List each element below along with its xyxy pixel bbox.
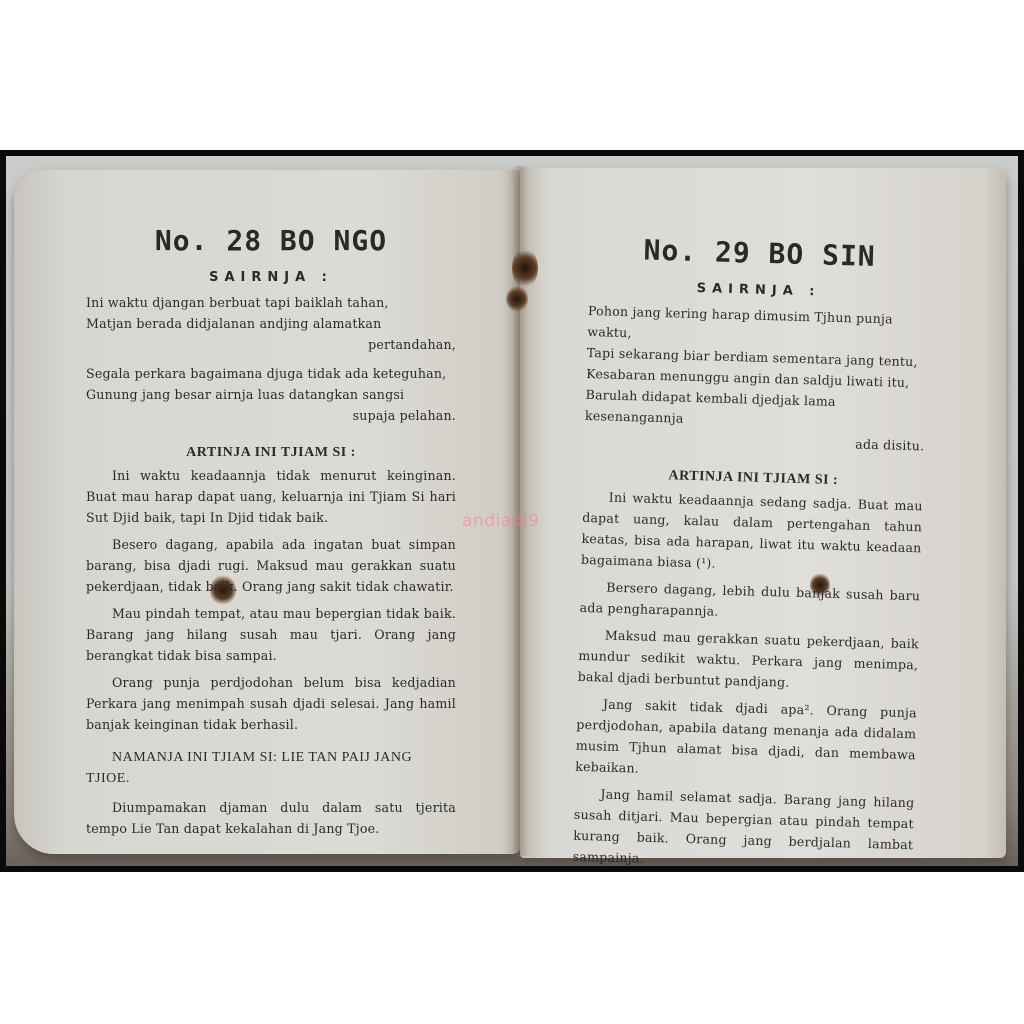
- right-page-content: No. 29 BO SIN SAIRNJA : Pohon jang kerin…: [568, 238, 930, 866]
- right-page-title: No. 29 BO SIN: [589, 238, 929, 268]
- meaning-paragraph: Ini waktu keadaannja tidak menurut keing…: [86, 465, 456, 528]
- meaning-paragraph: Mau pindah tempat, atau mau bepergian ti…: [86, 603, 456, 666]
- meaning-paragraph: Besero dagang, apabila ada ingatan buat …: [86, 534, 456, 597]
- left-meaning-heading: ARTINJA INI TJIAM SI :: [86, 442, 456, 463]
- meaning-paragraph: Ini waktu keadaannja sedang sadja. Buat …: [581, 486, 923, 579]
- meaning-paragraph: Jang sakit tidak djadi apa². Orang punja…: [575, 693, 917, 786]
- verse-line: Ini waktu djangan berbuat tapi baiklah t…: [86, 292, 456, 313]
- left-page-title: No. 28 BO NGO: [86, 230, 456, 251]
- verse-line: Matjan berada didjalanan andjing alamatk…: [86, 313, 456, 334]
- meaning-paragraph: Maksud mau gerakkan suatu pekerdjaan, ba…: [577, 624, 919, 696]
- burn-hole: [512, 248, 538, 288]
- verse-line: supaja pelahan.: [86, 405, 456, 426]
- left-page-content: No. 28 BO NGO SAIRNJA : Ini waktu djanga…: [86, 230, 456, 845]
- left-page: No. 28 BO NGO SAIRNJA : Ini waktu djanga…: [14, 170, 522, 854]
- right-page: No. 29 BO SIN SAIRNJA : Pohon jang kerin…: [520, 168, 1006, 858]
- photo-frame: No. 28 BO NGO SAIRNJA : Ini waktu djanga…: [0, 150, 1024, 872]
- meaning-paragraph: Bersero dagang, lebih dulu banjak susah …: [579, 576, 920, 627]
- watermark: andiadi9: [462, 511, 539, 531]
- meaning-paragraph: Orang punja perdjodohan belum bisa kedja…: [86, 672, 456, 735]
- meaning-paragraph: Jang hamil selamat sadja. Barang jang hi…: [572, 783, 914, 866]
- verse-line: pertandahan,: [86, 334, 456, 355]
- book-photo: No. 28 BO NGO SAIRNJA : Ini waktu djanga…: [6, 156, 1018, 866]
- left-name-line: NAMANJA INI TJIAM SI: LIE TAN PAIJ JANG …: [86, 747, 456, 789]
- left-story: Diumpamakan djaman dulu dalam satu tjeri…: [86, 797, 456, 839]
- verse-line: Gunung jang besar airnja luas datangkan …: [86, 384, 456, 405]
- verse-line: Segala perkara bagaimana djuga tidak ada…: [86, 363, 456, 384]
- burn-hole: [506, 286, 528, 312]
- left-verse-heading: SAIRNJA :: [86, 267, 456, 288]
